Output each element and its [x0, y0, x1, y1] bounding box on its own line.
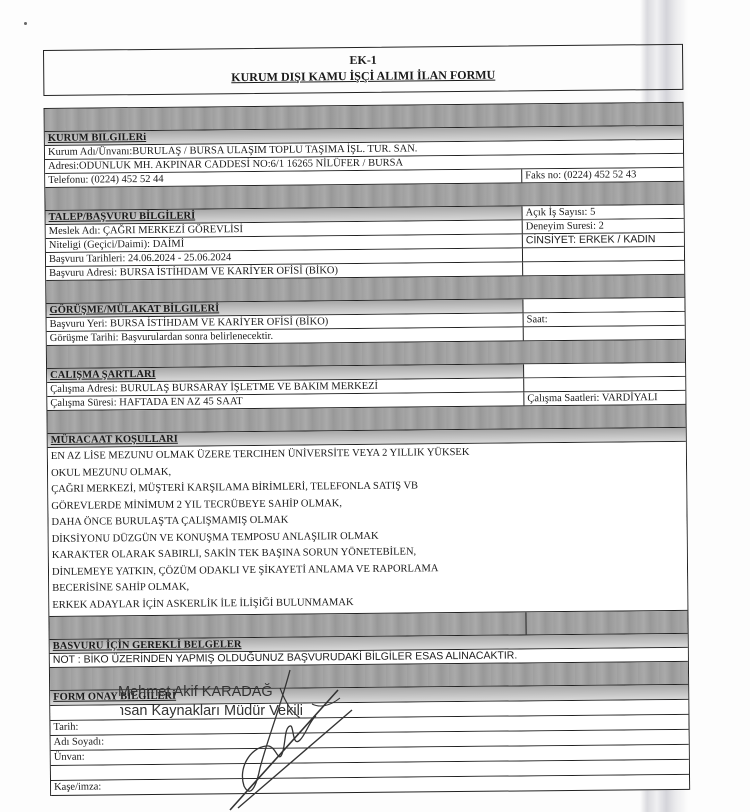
experience: Deneyim Suresi: 2	[522, 219, 684, 234]
title-box: EK-1 KURUM DIŞI KAMU İŞÇİ ALIMI İLAN FOR…	[43, 44, 683, 96]
approval-section: FORM ONAY BİLGİLERİ Tarih: Adı Soyadı: Ü…	[50, 685, 689, 796]
institution-fax: Faks no: (0224) 452 52 43	[521, 168, 683, 183]
open-positions: Açık İş Sayısı: 5	[522, 205, 684, 220]
gender: CİNSİYET: ERKEK / KADIN	[522, 233, 684, 248]
interview-time: Saat:	[523, 312, 685, 327]
signature-icon	[220, 668, 360, 812]
conditions-list: EN AZ LİSE MEZUNU OLMAK ÜZERE TERCIHEN Ü…	[48, 442, 688, 617]
work-hours: Çalışma Saatleri: VARDİYALI	[523, 391, 685, 406]
scan-speck	[24, 22, 27, 25]
